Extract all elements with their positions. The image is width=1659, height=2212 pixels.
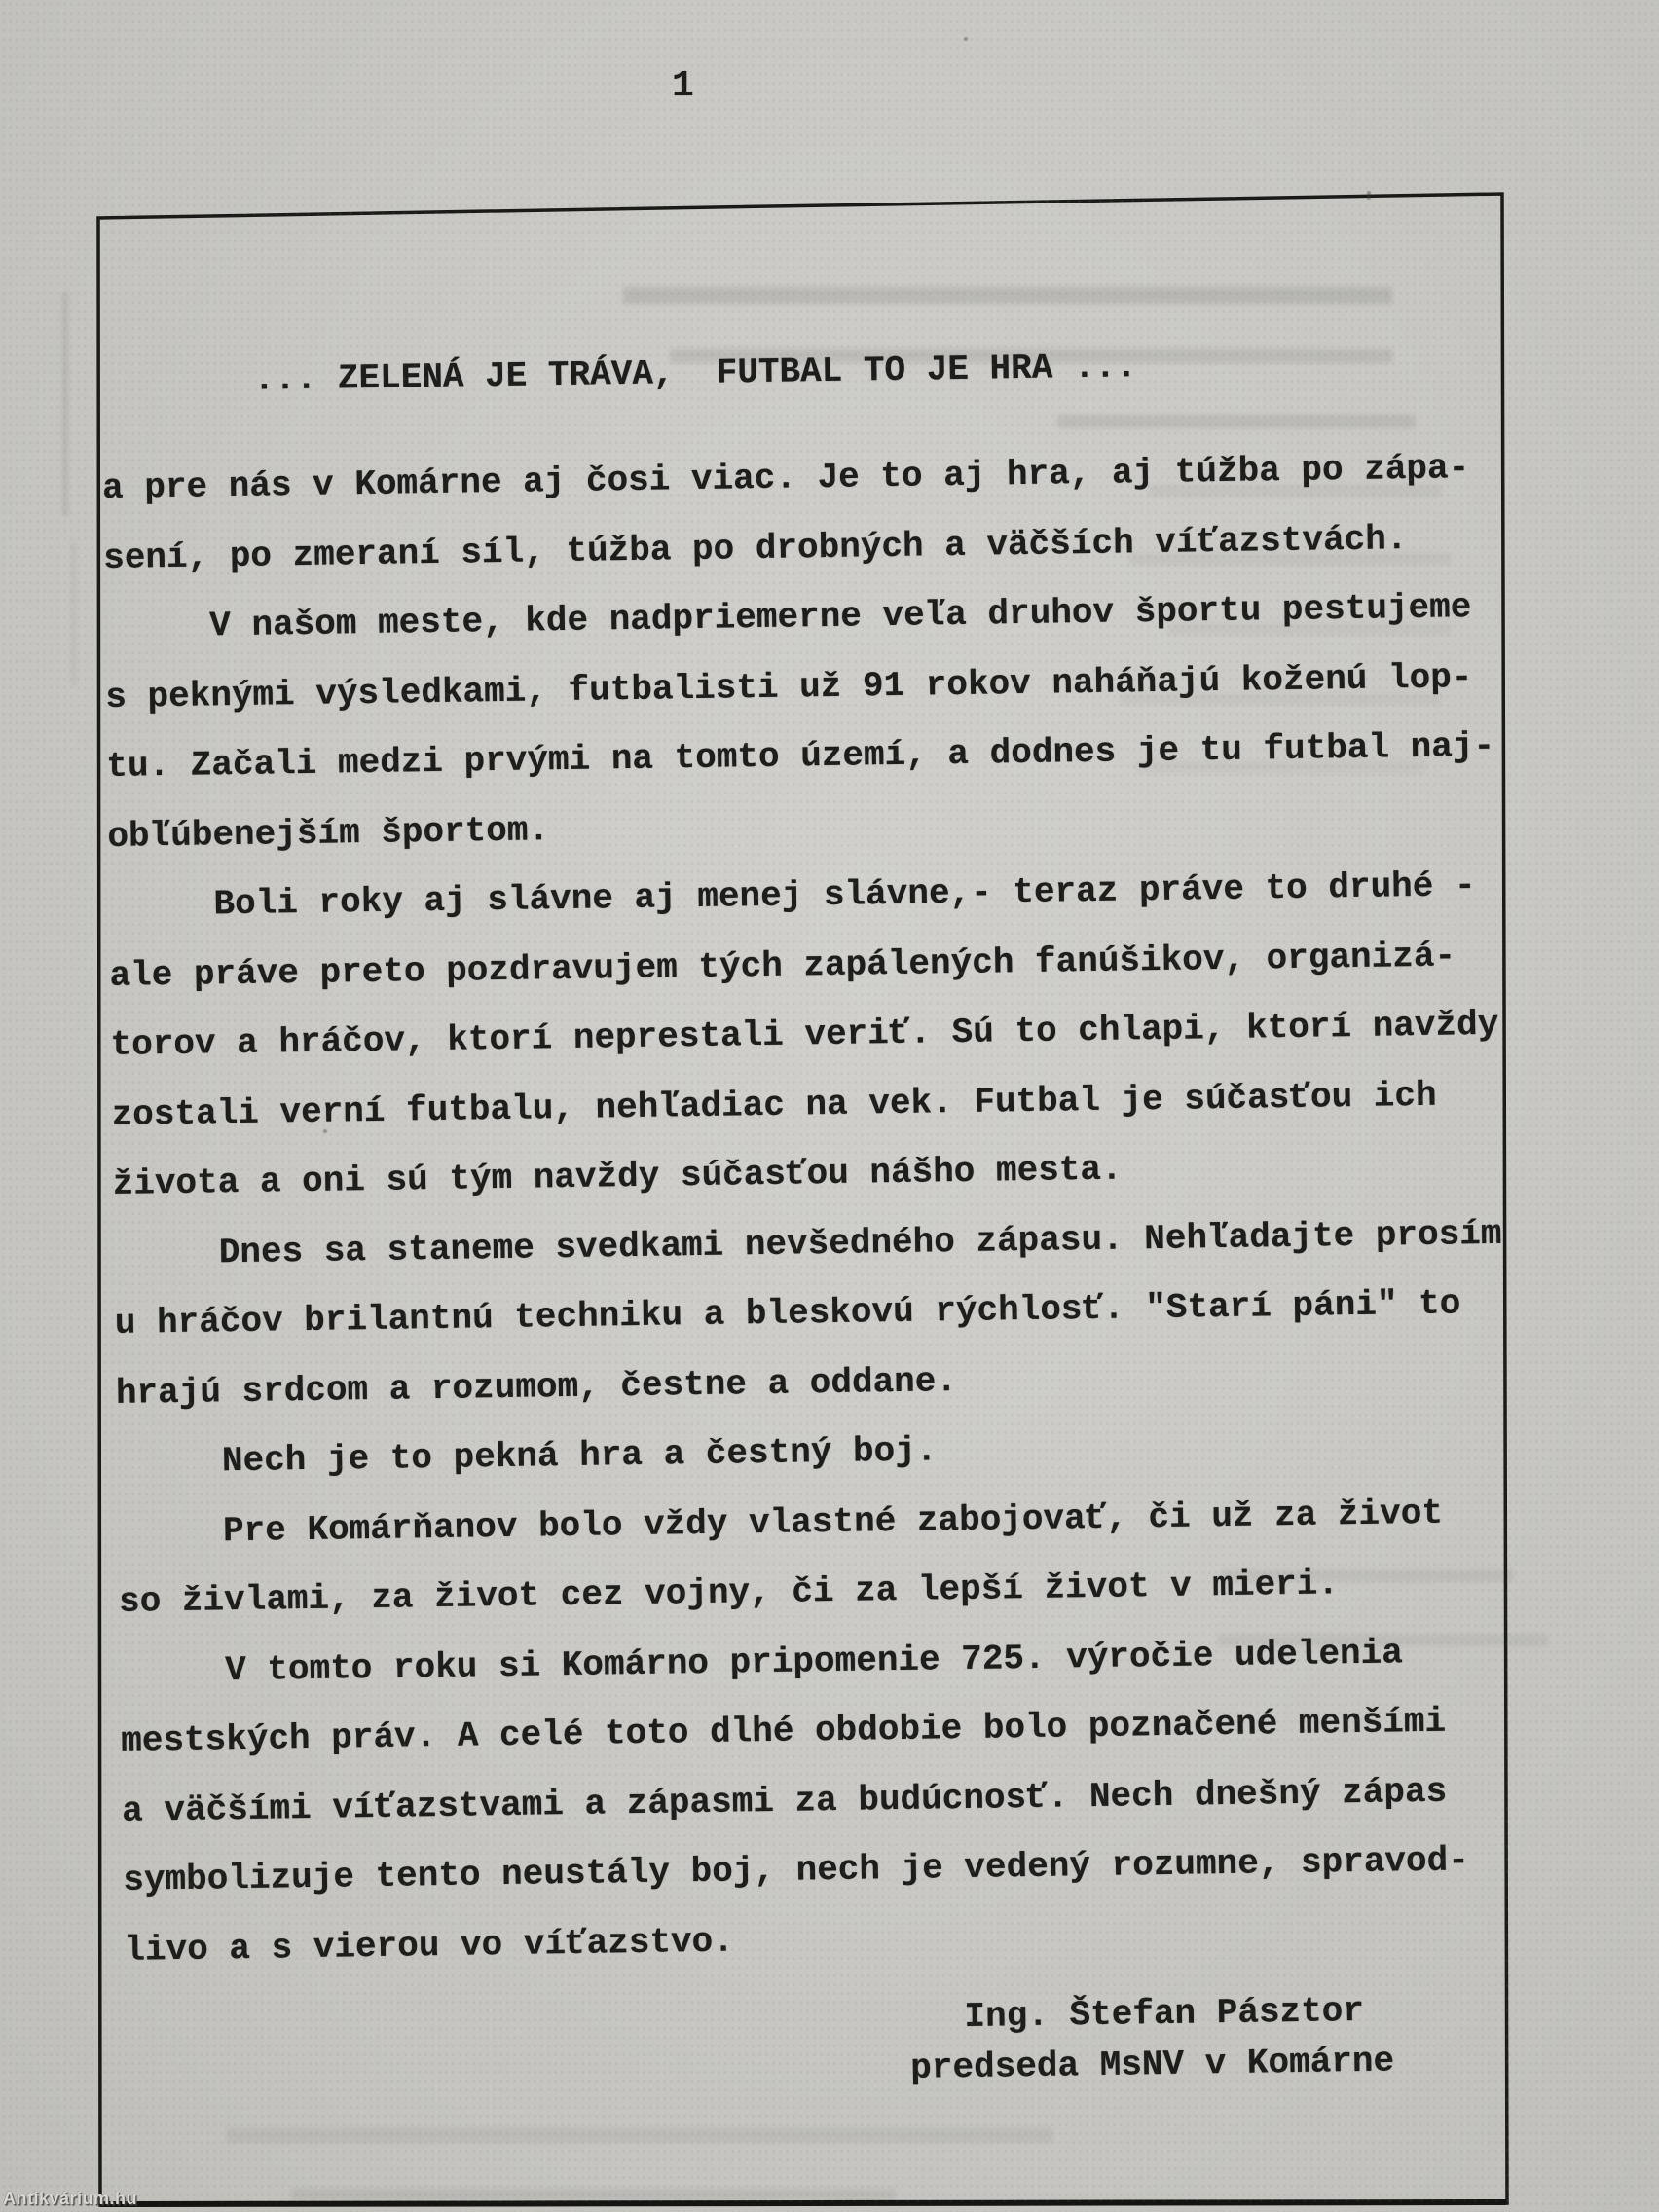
watermark: Antikvárium.hu (3, 2189, 137, 2209)
signature-block: Ing. Štefan Pásztor predseda MsNV v Komá… (125, 1983, 1537, 2105)
scan-speck (1367, 191, 1371, 200)
page-scan: { "page": { "number": "1" }, "document":… (0, 0, 1659, 2212)
signature-role: predseda MsNV v Komárne (910, 2034, 1538, 2094)
typewritten-text-block: ... ZELENÁ JE TRÁVA, FUTBAL TO JE HRA ..… (100, 327, 1538, 2105)
body-text: a pre nás v Komárne aj čosi viac. Je to … (102, 432, 1536, 1984)
signature-name: Ing. Štefan Pásztor (964, 1983, 1537, 2043)
page-number: 1 (672, 68, 694, 105)
scan-speck (964, 37, 968, 41)
